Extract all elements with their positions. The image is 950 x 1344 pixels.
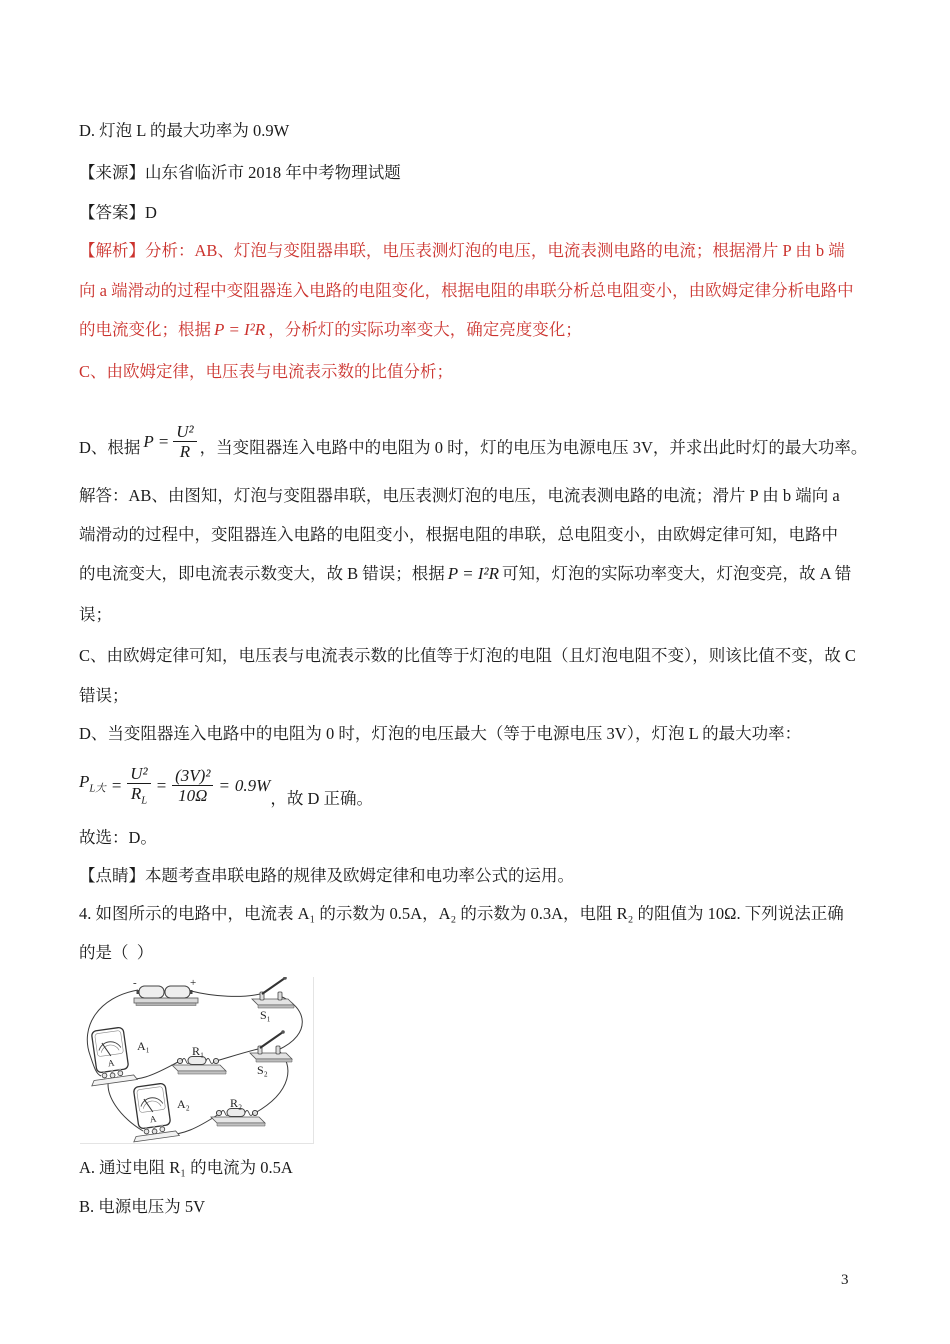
pmax-p: P [79,772,89,791]
note-line: 【点睛】本题考查串联电路的规律及欧姆定律和电功率公式的运用。 [79,866,574,886]
s2-label: S₂ [257,1063,268,1077]
equals-sign: = [156,776,167,796]
formula-p-u2-over-r: P = U² R [143,422,196,462]
point-d-post: ，当变阻器连入电路中的电阻为 0 时，灯的电压为电源电压 3V，并求出此时灯的最… [200,438,868,458]
r2-label: R₂ [230,1096,242,1110]
ammeter-a1 [84,1026,137,1086]
resistor-r1 [172,1057,226,1075]
option-b-line: B. 电源电压为 5V [79,1197,205,1217]
fraction-denominator: RL [128,784,150,808]
fraction-denominator: 10Ω [175,786,210,806]
option-a-line: A. 通过电阻 R₁ 的电流为 0.5A [79,1158,293,1178]
solution-line-2: 端滑动的过程中，变阻器连入电路的电阻变小，根据电阻的串联，总电阻变小，由欧姆定律… [79,525,838,545]
fraction-numerator: U² [127,764,150,785]
question4-line-1: 4. 如图所示的电路中，电流表 A₁ 的示数为 0.5A，A₂ 的示数为 0.3… [79,904,844,924]
switch-s1 [252,977,294,1008]
point-d-line: D、根据 P = U² R ，当变阻器连入电路中的电阻为 0 时，灯的电压为电源… [79,408,867,458]
analysis-line-3: 的电流变化；根据P = I²R，分析灯的实际功率变大，确定亮度变化； [79,320,582,340]
analysis-line-3-pre: 的电流变化；根据 [79,320,211,339]
solution-line-6: 错误； [79,686,129,706]
battery-minus-label: - [133,977,137,989]
solution-line-5: C、由欧姆定律可知，电压表与电流表示数的比值等于灯泡的电阻（且灯泡电阻不变），则… [79,646,856,666]
ammeter-a2 [126,1082,179,1142]
point-d-pre: D、根据 [79,438,140,458]
option-d-line: D. 灯泡 L 的最大功率为 0.9W [79,121,289,141]
solution-line-1: 解答：AB、由图知，灯泡与变阻器串联，电压表测灯泡的电压，电流表测电路的电流；滑… [79,486,840,506]
solution-line-3-pre: 的电流变大，即电流表示数变大，故 B 错误；根据 [79,564,445,583]
solution-line-3-post: 可知，灯泡的实际功率变大，灯泡变亮，故 A 错 [502,564,851,583]
pmax-result: 0.9W [235,776,270,796]
battery-cell [165,986,190,998]
s1-label: S₁ [260,1008,271,1022]
pmax-lhs: PL大 [79,772,106,799]
formula-lhs: P = [143,432,169,452]
pmax-p-sub: L大 [89,784,105,795]
question4-line-2: 的是（ ） [79,943,153,963]
fraction-numerator: U² [173,422,196,443]
source-line: 【来源】山东省临沂市 2018 年中考物理试题 [79,163,401,183]
equals-sign: = [218,776,229,796]
formula-pmax: PL大 = U² RL = (3V)² 10Ω = 0.9W [79,764,270,808]
battery: - + [133,977,198,1006]
r1-label: R₁ [192,1044,204,1058]
a1-label: A₁ [137,1039,150,1053]
analysis-line-4: C、由欧姆定律，电压表与电流表示数的比值分析； [79,362,453,382]
pmax-formula-line: PL大 = U² RL = (3V)² 10Ω = 0.9W ，故 D 正确。 [79,750,373,806]
wire-battery-to-s1 [191,991,260,996]
equals-sign: = [111,776,122,796]
page-number: 3 [841,1270,849,1290]
analysis-line-2: 向 a 端滑动的过程中变阻器连入电路的电阻变化，根据电阻的串联分析总电阻变小，由… [79,281,854,301]
solution-line-3: 的电流变大，即电流表示数变大，故 B 错误；根据P = I²R可知，灯泡的实际功… [79,564,851,584]
battery-cell [139,986,164,998]
battery-base [134,998,198,1003]
circuit-diagram: A [80,977,314,1144]
fraction-denominator: R [177,442,193,462]
choose-line: 故选：D。 [79,828,157,848]
analysis-line-1: 【解析】分析：AB、灯泡与变阻器串联，电压表测灯泡的电压，电流表测电路的电流；根… [79,241,845,261]
pmax-tail: ，故 D 正确。 [270,789,373,809]
document-page: D. 灯泡 L 的最大功率为 0.9W 【来源】山东省临沂市 2018 年中考物… [0,0,950,1344]
solution-line-7: D、当变阻器连入电路中的电阻为 0 时，灯泡的电压最大（等于电源电压 3V），灯… [79,724,801,744]
analysis-line-3-post: ，分析灯的实际功率变大，确定亮度变化； [268,320,582,339]
resistor-r2 [211,1109,265,1127]
formula-p-i2r-red: P = I²R [214,320,265,339]
answer-line: 【答案】D [79,203,157,223]
fraction-u2-rl: U² RL [127,764,150,808]
fraction-numerator: (3V)² [172,766,213,787]
a2-label: A₂ [177,1097,190,1111]
fraction: U² R [173,422,196,462]
formula-p-i2r-black: P = I²R [448,564,499,583]
solution-line-4: 误； [79,605,112,625]
fraction-3v2-10ohm: (3V)² 10Ω [172,766,213,806]
circuit-diagram-image: A [80,977,314,1144]
battery-plus-label: + [190,977,196,989]
